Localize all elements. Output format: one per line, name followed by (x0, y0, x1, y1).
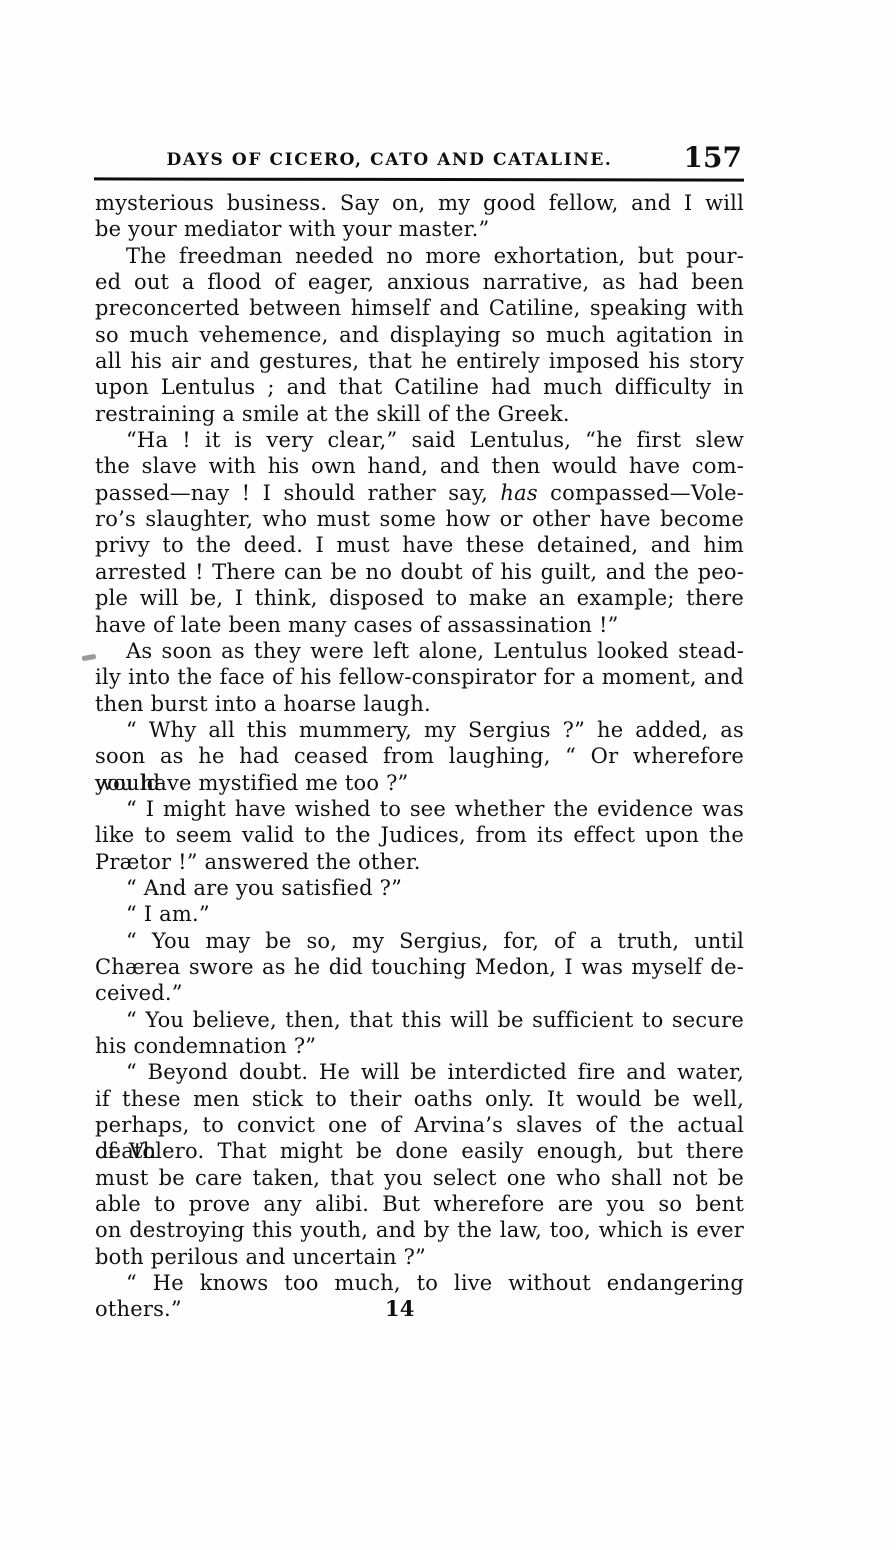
header-rule (94, 177, 744, 181)
text-line: “Ha ! it is very clear,” said Lentulus, … (95, 427, 744, 453)
text-line: if these men stick to their oaths only. … (95, 1086, 744, 1112)
text-line: upon Lentulus ; and that Catiline had mu… (95, 374, 744, 400)
text-line: “ He knows too much, to live without end… (95, 1270, 744, 1296)
text-line: preconcerted between himself and Catilin… (95, 295, 744, 321)
text-line: restraining a smile at the skill of the … (95, 401, 744, 427)
page-header: DAYS OF CICERO, CATO AND CATALINE. 157 (95, 146, 744, 180)
text-line: Prætor !” answered the other. (95, 849, 744, 875)
text-line: privy to the deed. I must have these det… (95, 532, 744, 558)
text-line: on destroying this youth, and by the law… (95, 1217, 744, 1243)
text-line: mysterious business. Say on, my good fel… (95, 190, 744, 216)
text-line: ed out a flood of eager, anxious narrati… (95, 269, 744, 295)
text-line: like to seem valid to the Judices, from … (95, 822, 744, 848)
text-line: “ Why all this mummery, my Sergius ?” he… (95, 717, 744, 743)
text-line: have of late been many cases of assassin… (95, 612, 744, 638)
text-line: perhaps, to convict one of Arvina’s slav… (95, 1112, 744, 1138)
running-title: DAYS OF CICERO, CATO AND CATALINE. (95, 150, 684, 170)
text-line: both perilous and uncertain ?” (95, 1244, 744, 1270)
text-line: “ You may be so, my Sergius, for, of a t… (95, 928, 744, 954)
text-segment: compassed—Vole- (538, 481, 744, 505)
text-line: “ And are you satisfied ?” (95, 875, 744, 901)
text-line: must be care taken, that you select one … (95, 1165, 744, 1191)
text-line: the slave with his own hand, and then wo… (95, 453, 744, 479)
text-line: Chærea swore as he did touching Medon, I… (95, 954, 744, 980)
text-line: then burst into a hoarse laugh. (95, 691, 744, 717)
italic-text: has (500, 481, 537, 505)
text-line: of Volero. That might be done easily eno… (95, 1138, 744, 1164)
text-line: be your mediator with your master.” (95, 216, 744, 242)
text-line: others.”14 (95, 1296, 744, 1322)
text-line: The freedman needed no more exhortation,… (95, 243, 744, 269)
text-line: passed—nay ! I should rather say, has co… (95, 480, 744, 506)
text-line: his condemnation ?” (95, 1033, 744, 1059)
text-line: ceived.” (95, 980, 744, 1006)
text-line: “ I am.” (95, 901, 744, 927)
text-line: “ You believe, then, that this will be s… (95, 1007, 744, 1033)
page: DAYS OF CICERO, CATO AND CATALINE. 157 m… (0, 0, 896, 1550)
text-line: “ I might have wished to see whether the… (95, 796, 744, 822)
text-line: “ Beyond doubt. He will be interdicted f… (95, 1059, 744, 1085)
text-line: ro’s slaughter, who must some how or oth… (95, 506, 744, 532)
text-segment: passed—nay ! I should rather say, (95, 481, 500, 505)
page-number: 157 (684, 141, 742, 174)
text-line: so much vehemence, and displaying so muc… (95, 322, 744, 348)
page-text: mysterious business. Say on, my good fel… (95, 190, 744, 1323)
text-line: ily into the face of his fellow-conspira… (95, 664, 744, 690)
text-line: soon as he had ceased from laughing, “ O… (95, 743, 744, 769)
signature-mark: 14 (385, 1296, 415, 1322)
text-line: ple will be, I think, disposed to make a… (95, 585, 744, 611)
text-line: As soon as they were left alone, Lentulu… (95, 638, 744, 664)
text-line: you have mystified me too ?” (95, 770, 744, 796)
text-line: arrested ! There can be no doubt of his … (95, 559, 744, 585)
text-line: all his air and gestures, that he entire… (95, 348, 744, 374)
text-line: able to prove any alibi. But wherefore a… (95, 1191, 744, 1217)
